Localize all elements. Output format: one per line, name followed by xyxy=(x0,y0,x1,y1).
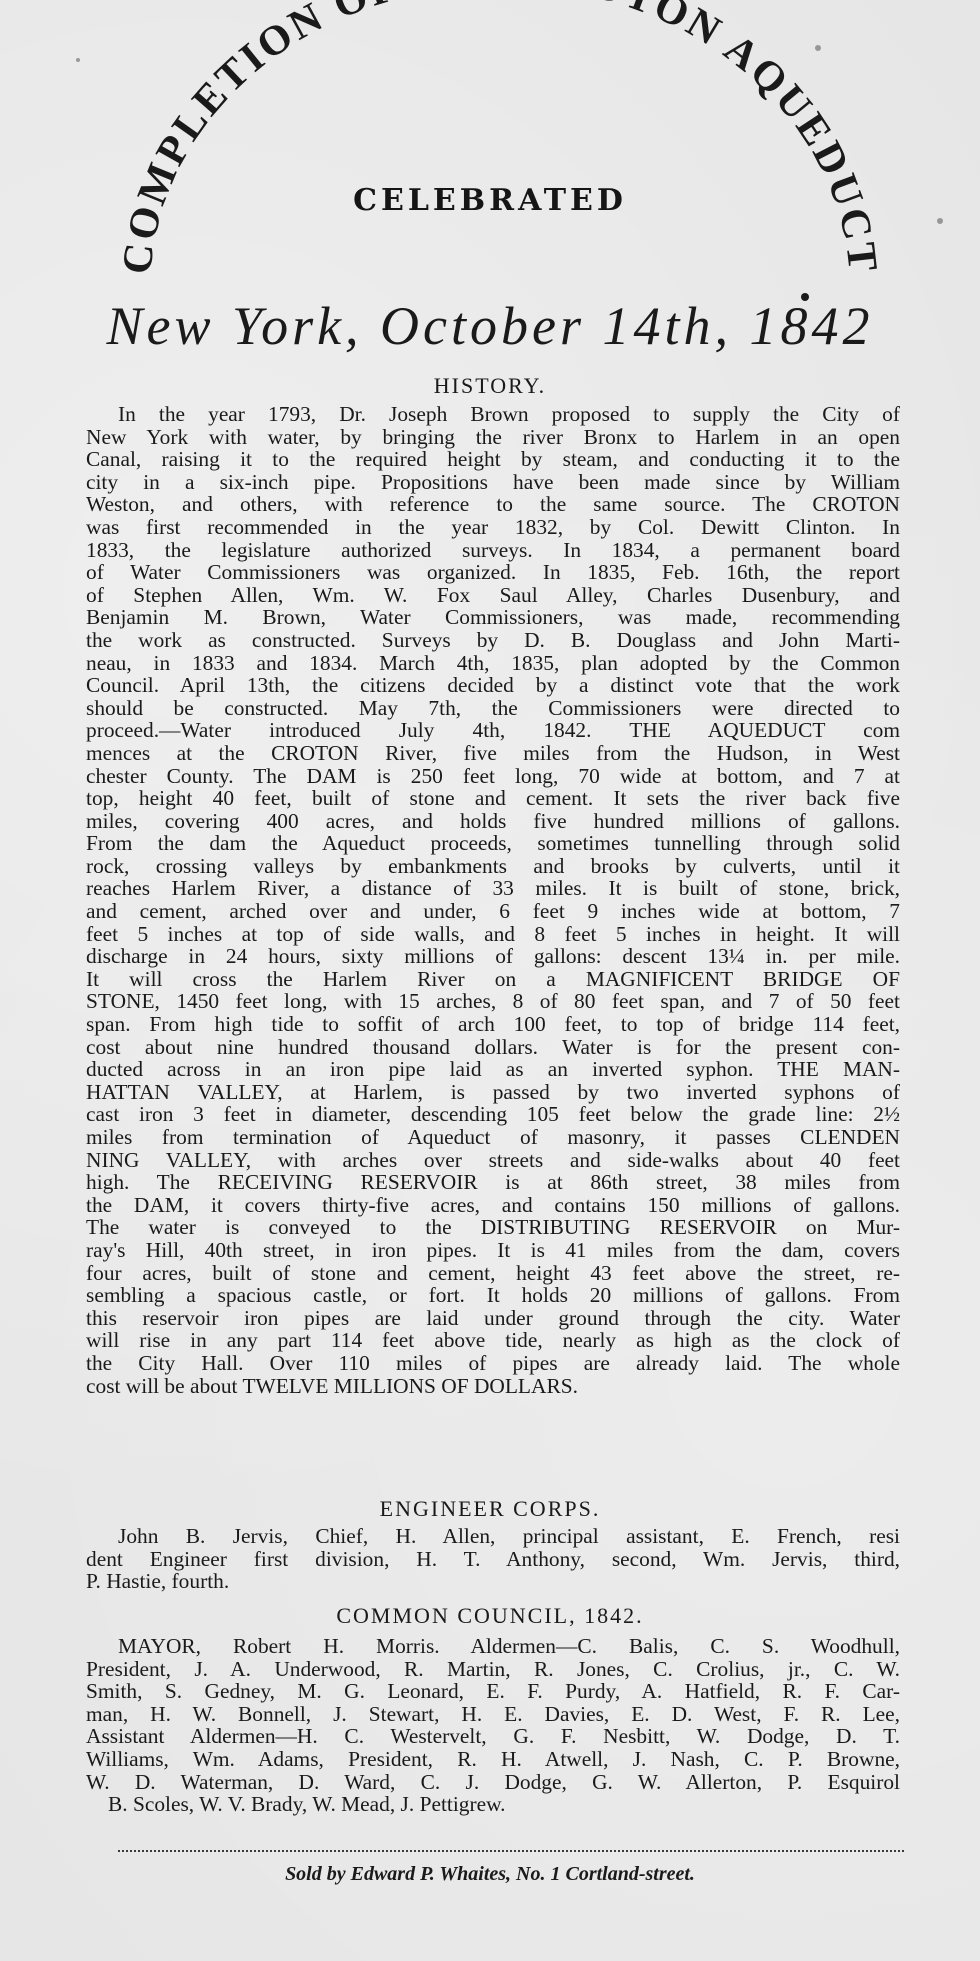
text-line: four acres, built of stone and cement, h… xyxy=(86,1262,900,1285)
text-line: should be constructed. May 7th, the Comm… xyxy=(86,697,900,720)
text-line: John B. Jervis, Chief, H. Allen, princip… xyxy=(86,1525,900,1548)
text-line: In the year 1793, Dr. Joseph Brown propo… xyxy=(86,403,900,426)
text-line: miles, covering 400 acres, and holds fiv… xyxy=(86,810,900,833)
text-line: cast iron 3 feet in diameter, descending… xyxy=(86,1103,900,1126)
text-line: NING VALLEY, with arches over streets an… xyxy=(86,1149,900,1172)
paper-speck xyxy=(937,218,943,224)
text-line: span. From high tide to soffit of arch 1… xyxy=(86,1013,900,1036)
text-line: top, height 40 feet, built of stone and … xyxy=(86,787,900,810)
text-line: will rise in any part 114 feet above tid… xyxy=(86,1329,900,1352)
text-line: HATTAN VALLEY, at Harlem, is passed by t… xyxy=(86,1081,900,1104)
text-line: the DAM, it covers thirty-five acres, an… xyxy=(86,1194,900,1217)
arc-title-text: COMPLETION OF THE CROTON AQUEDUCT xyxy=(114,0,886,276)
paper-speck xyxy=(815,45,821,51)
text-line: and cement, arched over and under, 6 fee… xyxy=(86,900,900,923)
text-line: miles from termination of Aqueduct of ma… xyxy=(86,1126,900,1149)
arc-title-svg: COMPLETION OF THE CROTON AQUEDUCT xyxy=(0,0,980,340)
text-line: the City Hall. Over 110 miles of pipes a… xyxy=(86,1352,900,1375)
text-line: reaches Harlem River, a distance of 33 m… xyxy=(86,877,900,900)
text-line: sembling a spacious castle, or fort. It … xyxy=(86,1284,900,1307)
text-line: Assistant Aldermen—H. C. Westervelt, G. … xyxy=(86,1725,900,1748)
text-line: From the dam the Aqueduct proceeds, some… xyxy=(86,832,900,855)
history-heading: HISTORY. xyxy=(0,373,980,399)
imprint-line: Sold by Edward P. Whaites, No. 1 Cortlan… xyxy=(0,1863,980,1886)
text-line: discharge in 24 hours, sixty millions of… xyxy=(86,945,900,968)
text-line: Benjamin M. Brown, Water Commissioners, … xyxy=(86,606,900,629)
text-line: cost will be about TWELVE MILLIONS OF DO… xyxy=(86,1375,900,1398)
text-line: ray's Hill, 40th street, in iron pipes. … xyxy=(86,1239,900,1262)
common-council-heading: COMMON COUNCIL, 1842. xyxy=(0,1603,980,1629)
text-line: B. Scoles, W. V. Brady, W. Mead, J. Pett… xyxy=(86,1793,900,1816)
text-line: New York with water, by bringing the riv… xyxy=(86,426,900,449)
dateline: New York, October 14th, 1842 xyxy=(0,295,980,357)
text-line: MAYOR, Robert H. Morris. Aldermen—C. Bal… xyxy=(86,1635,900,1658)
divider-rule xyxy=(118,1850,904,1852)
subtitle-celebrated: CELEBRATED xyxy=(0,183,980,218)
text-line: neau, in 1833 and 1834. March 4th, 1835,… xyxy=(86,652,900,675)
text-line: city in a six-inch pipe. Propositions ha… xyxy=(86,471,900,494)
text-line: Council. April 13th, the citizens decide… xyxy=(86,674,900,697)
text-line: 1833, the legislature authorized surveys… xyxy=(86,539,900,562)
text-line: mences at the CROTON River, five miles f… xyxy=(86,742,900,765)
broadside-page: COMPLETION OF THE CROTON AQUEDUCT CELEBR… xyxy=(0,0,980,1961)
text-line: the work as constructed. Surveys by D. B… xyxy=(86,629,900,652)
paper-speck xyxy=(76,58,80,62)
arc-title: COMPLETION OF THE CROTON AQUEDUCT xyxy=(0,0,980,340)
text-line: rock, crossing valleys by embankments an… xyxy=(86,855,900,878)
text-line: President, J. A. Underwood, R. Martin, R… xyxy=(86,1658,900,1681)
text-line: Weston, and others, with reference to th… xyxy=(86,493,900,516)
text-line: high. The RECEIVING RESERVOIR is at 86th… xyxy=(86,1171,900,1194)
text-line: this reservoir iron pipes are laid under… xyxy=(86,1307,900,1330)
text-line: chester County. The DAM is 250 feet long… xyxy=(86,765,900,788)
engineer-corps-heading: ENGINEER CORPS. xyxy=(0,1496,980,1522)
text-line: It will cross the Harlem River on a MAGN… xyxy=(86,968,900,991)
text-line: P. Hastie, fourth. xyxy=(86,1570,900,1593)
text-line: STONE, 1450 feet long, with 15 arches, 8… xyxy=(86,990,900,1013)
text-line: Smith, S. Gedney, M. G. Leonard, E. F. P… xyxy=(86,1680,900,1703)
text-line: The water is conveyed to the DISTRIBUTIN… xyxy=(86,1216,900,1239)
text-line: man, H. W. Bonnell, J. Stewart, H. E. Da… xyxy=(86,1703,900,1726)
text-line: dent Engineer first division, H. T. Anth… xyxy=(86,1548,900,1571)
text-line: ducted across in an iron pipe laid as an… xyxy=(86,1058,900,1081)
history-body: In the year 1793, Dr. Joseph Brown propo… xyxy=(86,403,900,1397)
text-line: of Stephen Allen, Wm. W. Fox Saul Alley,… xyxy=(86,584,900,607)
common-council-body: MAYOR, Robert H. Morris. Aldermen—C. Bal… xyxy=(86,1635,900,1816)
text-line: W. D. Waterman, D. Ward, C. J. Dodge, G.… xyxy=(86,1771,900,1794)
text-line: cost about nine hundred thousand dollars… xyxy=(86,1036,900,1059)
text-line: feet 5 inches at top of side walls, and … xyxy=(86,923,900,946)
arc-title-textpath: COMPLETION OF THE CROTON AQUEDUCT xyxy=(114,0,886,276)
engineer-corps-body: John B. Jervis, Chief, H. Allen, princip… xyxy=(86,1525,900,1593)
text-line: of Water Commissioners was organized. In… xyxy=(86,561,900,584)
text-line: proceed.—Water introduced July 4th, 1842… xyxy=(86,719,900,742)
text-line: Canal, raising it to the required height… xyxy=(86,448,900,471)
text-line: Williams, Wm. Adams, President, R. H. At… xyxy=(86,1748,900,1771)
text-line: was first recommended in the year 1832, … xyxy=(86,516,900,539)
